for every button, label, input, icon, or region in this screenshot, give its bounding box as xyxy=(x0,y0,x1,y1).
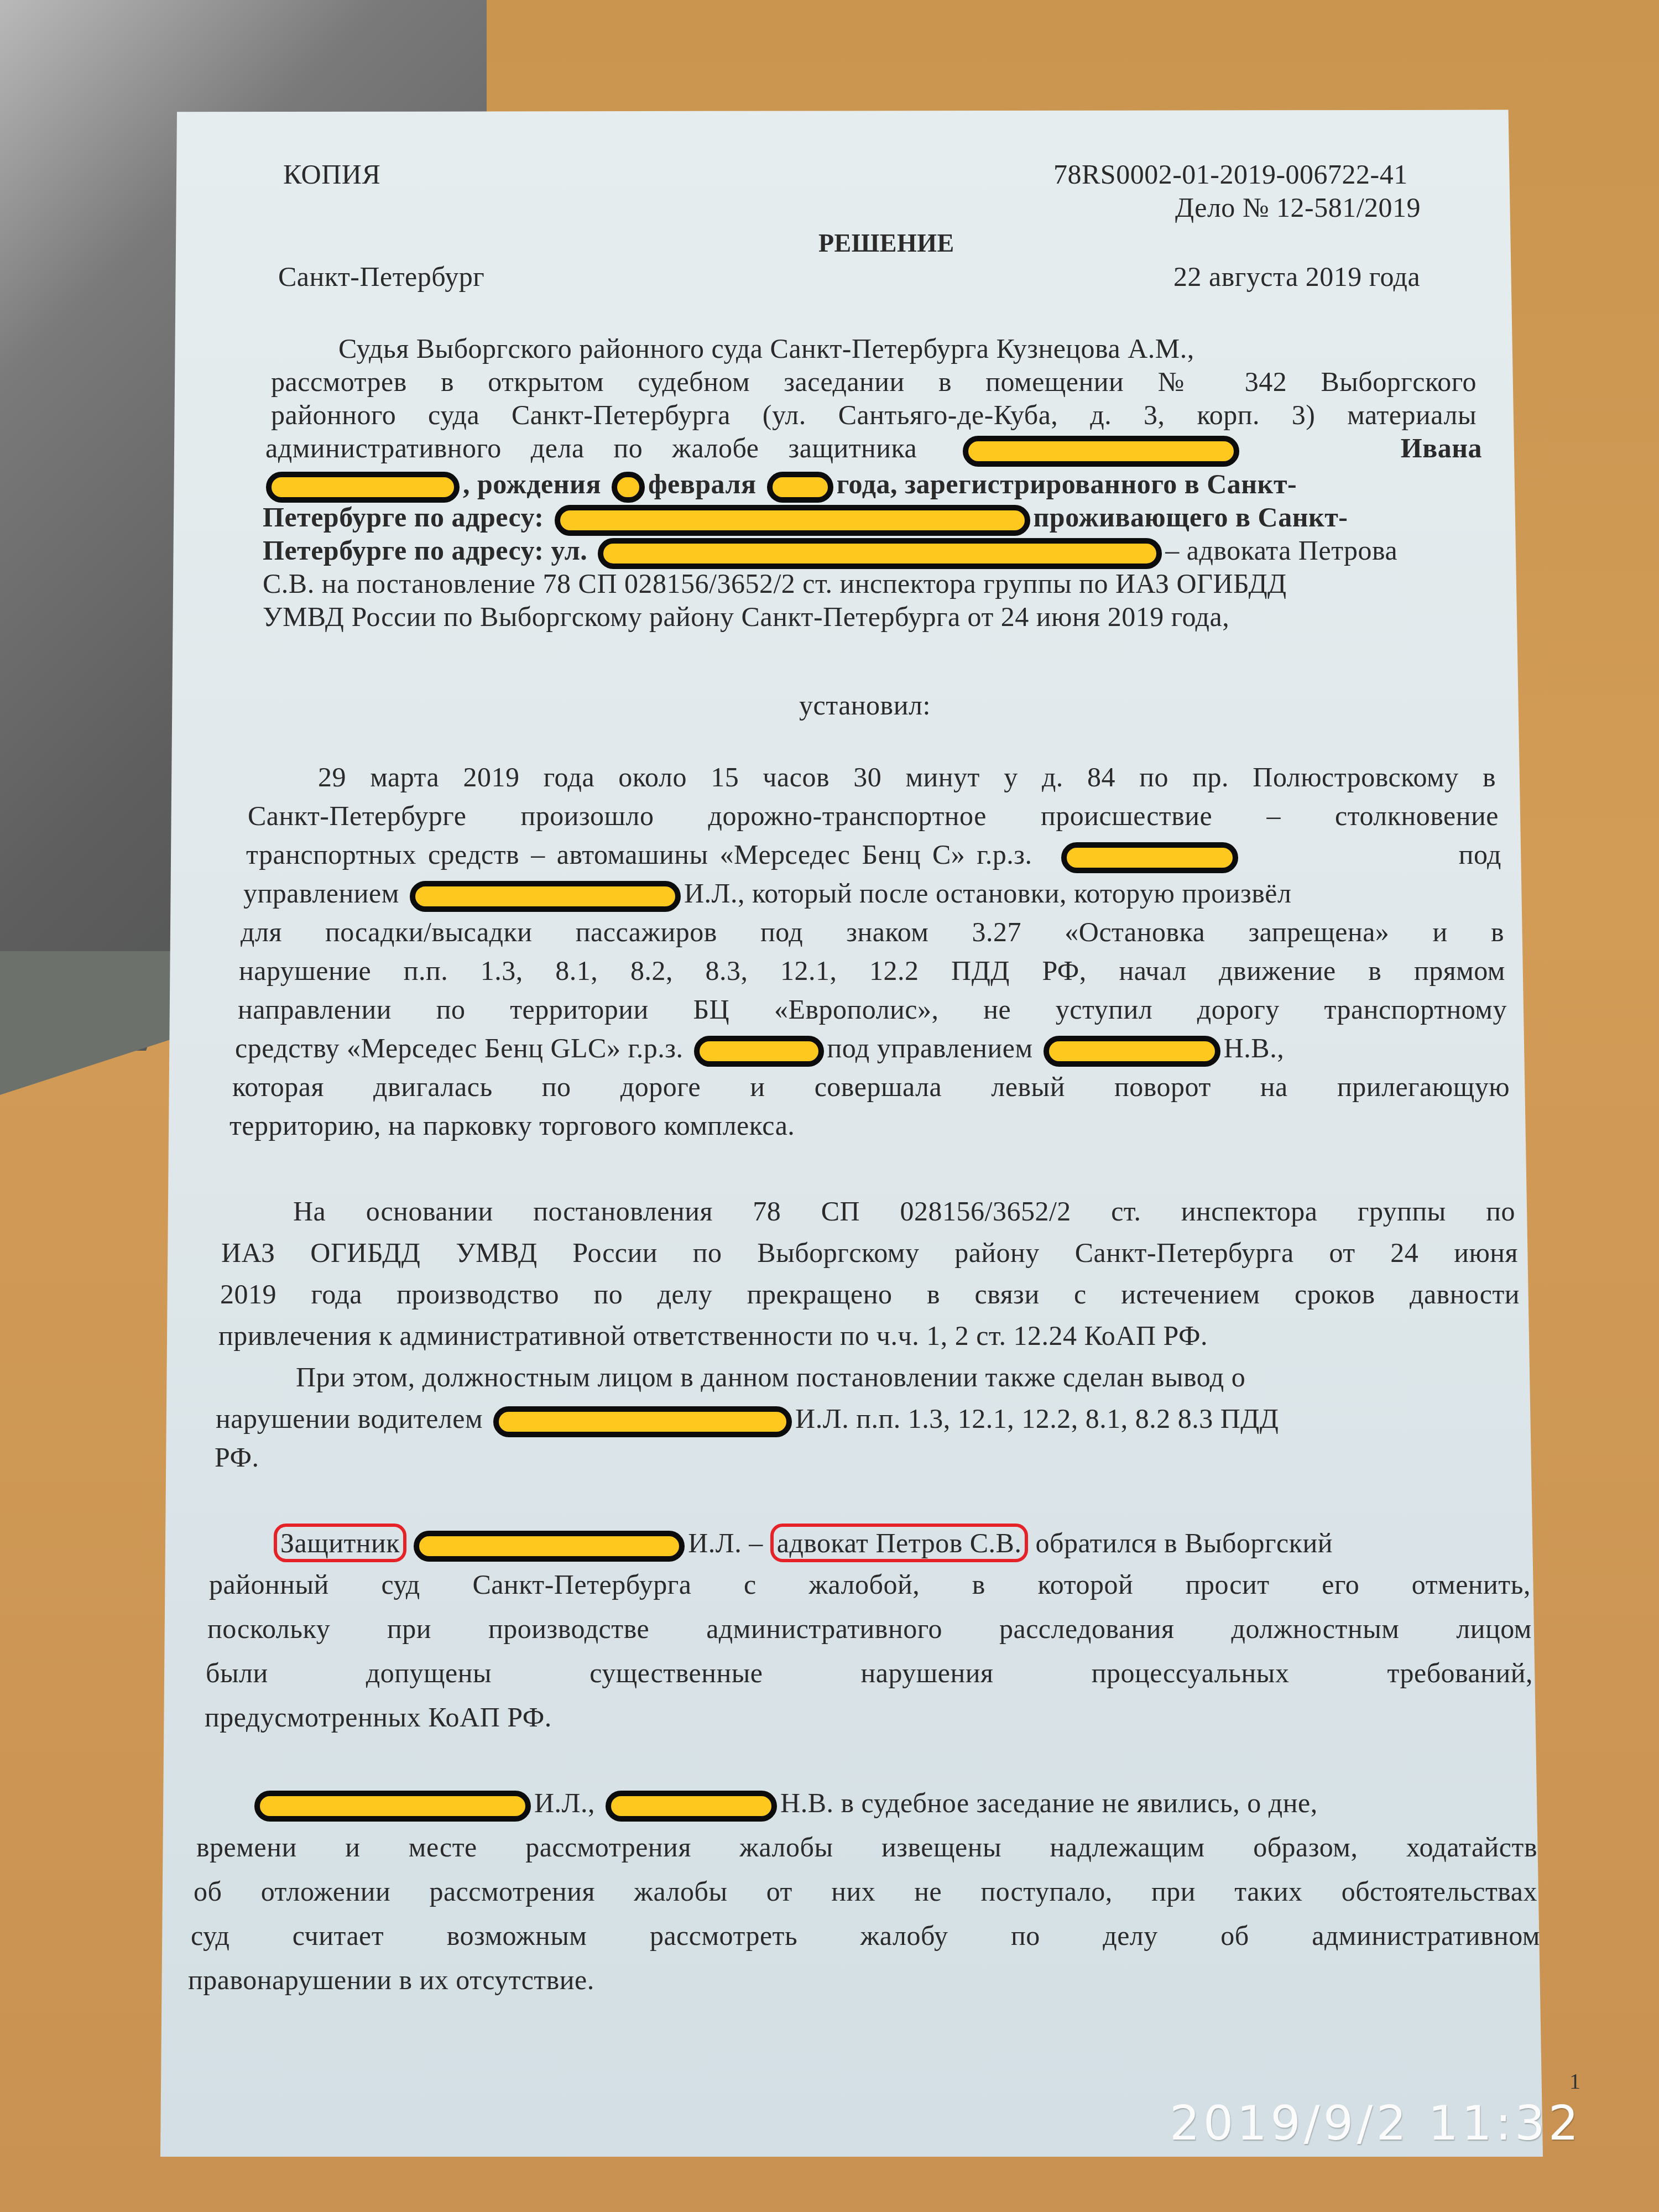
paragraph-line: направлении по территории БЦ «Европолис»… xyxy=(238,993,1507,1026)
paragraph-text: управлением xyxy=(243,878,399,909)
paragraph-line: времени и месте рассмотрения жалобы изве… xyxy=(196,1830,1537,1864)
intro-line: рассмотрев в открытом судебном заседании… xyxy=(271,365,1477,398)
redaction xyxy=(555,505,1030,536)
intro-line: Судья Выборгского районного суда Санкт-П… xyxy=(338,332,1194,365)
paragraph-text: нарушении водителем xyxy=(216,1403,483,1434)
intro-text: года, зарегистрированного в Санкт- xyxy=(837,468,1297,499)
redaction xyxy=(694,1036,824,1067)
highlight-lawyer: адвокат Петров С.В. xyxy=(770,1524,1029,1562)
paragraph-text: Н.В. в судебное заседание не явились, о … xyxy=(780,1787,1318,1818)
copy-mark: КОПИЯ xyxy=(283,158,380,191)
highlight-defender: Защитник xyxy=(274,1524,406,1562)
intro-line: районного суда Санкт-Петербурга (ул. Сан… xyxy=(271,398,1477,431)
intro-text: административного дела по жалобе защитни… xyxy=(265,432,917,463)
intro-text: Петербурге по адресу: xyxy=(263,502,544,533)
photo-timestamp: 2019/9/2 11:32 xyxy=(1170,2096,1582,2151)
paragraph-line: правонарушении в их отсутствие. xyxy=(188,1963,594,1996)
intro-text: , рождения xyxy=(463,468,601,499)
intro-line: Петербурге по адресу: ул. – адвоката Пет… xyxy=(263,534,1397,569)
paragraph-line: районный суд Санкт-Петербурга с жалобой,… xyxy=(209,1568,1531,1601)
redaction xyxy=(612,472,645,503)
intro-line: Петербурге по адресу: проживающего в Сан… xyxy=(263,500,1348,536)
paragraph-line: транспортных средств – автомашины «Мерсе… xyxy=(246,838,1501,873)
paragraph-text: И.Л., который после остановки, которую п… xyxy=(684,878,1292,909)
paragraph-line: управлением И.Л., который после остановк… xyxy=(243,877,1291,912)
paragraph-line: Защитник И.Л. – адвокат Петров С.В. обра… xyxy=(274,1524,1333,1562)
intro-text: Петербурге по адресу: ул. xyxy=(263,535,587,566)
paragraph-text: под управлением xyxy=(827,1032,1033,1063)
city: Санкт-Петербург xyxy=(278,260,484,293)
intro-line: С.В. на постановление 78 СП 028156/3652/… xyxy=(263,567,1287,600)
intro-text: Ивана xyxy=(1401,431,1482,465)
intro-text: февраля xyxy=(648,468,757,499)
paragraph-line: предусмотренных КоАП РФ. xyxy=(205,1700,552,1734)
page-number: 1 xyxy=(1569,2068,1580,2094)
paragraph-text: И.Л., xyxy=(534,1787,595,1818)
paragraph-text: средству «Мерседес Бенц GLC» г.р.з. xyxy=(235,1032,684,1063)
paragraph-line: привлечения к административной ответстве… xyxy=(218,1319,1208,1352)
paragraph-line: об отложении рассмотрения жалобы от них … xyxy=(194,1875,1537,1908)
redaction xyxy=(963,436,1239,467)
paragraph-line: были допущены существенные нарушения про… xyxy=(206,1656,1533,1689)
redaction xyxy=(493,1406,792,1437)
redaction xyxy=(266,472,460,503)
intro-line: УМВД России по Выборгскому району Санкт-… xyxy=(263,600,1229,633)
paragraph-line: 29 марта 2019 года около 15 часов 30 мин… xyxy=(318,760,1496,794)
section-heading: установил: xyxy=(799,688,931,722)
redaction xyxy=(767,472,833,503)
paragraph-text: транспортных средств – автомашины «Мерсе… xyxy=(246,839,1032,870)
paragraph-line: суд считает возможным рассмотреть жалобу… xyxy=(191,1919,1540,1952)
intro-line: , рождения февраля года, зарегистрирован… xyxy=(263,467,1297,503)
redaction xyxy=(598,538,1162,569)
paragraph-text: И.Л. – xyxy=(688,1527,763,1558)
paragraph-line: для посадки/высадки пассажиров под знако… xyxy=(241,915,1504,948)
paragraph-line: поскольку при производстве административ… xyxy=(207,1612,1532,1645)
paragraph-text: Н.В., xyxy=(1224,1032,1284,1063)
paragraph-line: ИАЗ ОГИБДД УМВД России по Выборгскому ра… xyxy=(221,1236,1518,1269)
intro-text: – адвоката Петрова xyxy=(1165,535,1397,566)
paragraph-line: нарушении водителем И.Л. п.п. 1.3, 12.1,… xyxy=(216,1402,1279,1437)
document-page: КОПИЯ 78RS0002-01-2019-006722-41 Дело № … xyxy=(0,0,1659,2212)
paragraph-text: под xyxy=(1459,838,1501,871)
case-uid: 78RS0002-01-2019-006722-41 xyxy=(1053,158,1408,191)
intro-text: проживающего в Санкт- xyxy=(1034,502,1348,533)
paragraph-text: И.Л. п.п. 1.3, 12.1, 12.2, 8.1, 8.2 8.3 … xyxy=(795,1403,1279,1434)
paragraph-line: нарушение п.п. 1.3, 8.1, 8.2, 8.3, 12.1,… xyxy=(239,954,1505,987)
paragraph-line: территорию, на парковку торгового компле… xyxy=(229,1109,795,1142)
paragraph-line: И.Л., Н.В. в судебное заседание не явили… xyxy=(254,1786,1318,1822)
redaction xyxy=(1061,842,1238,873)
redaction xyxy=(414,1531,685,1562)
case-number: Дело № 12-581/2019 xyxy=(1175,191,1421,224)
paragraph-line: При этом, должностным лицом в данном пос… xyxy=(296,1360,1245,1394)
document-title: РЕШЕНИЕ xyxy=(818,227,954,260)
paragraph-line: средству «Мерседес Бенц GLC» г.р.з. под … xyxy=(235,1031,1284,1067)
paragraph-line: 2019 года производство по делу прекращен… xyxy=(220,1277,1520,1311)
paragraph-line: РФ. xyxy=(215,1441,259,1474)
intro-line: административного дела по жалобе защитни… xyxy=(265,431,1482,467)
redaction xyxy=(410,881,681,912)
paragraph-text: обратился в Выборгский xyxy=(1035,1527,1333,1558)
document-date: 22 августа 2019 года xyxy=(1173,260,1420,293)
paragraph-line: На основании постановления 78 СП 028156/… xyxy=(293,1194,1515,1228)
redaction xyxy=(254,1791,531,1822)
redaction xyxy=(1044,1036,1220,1067)
paragraph-line: Санкт-Петербурге произошло дорожно-транс… xyxy=(248,799,1499,832)
paragraph-line: которая двигалась по дороге и совершала … xyxy=(232,1070,1510,1103)
redaction xyxy=(606,1791,777,1822)
